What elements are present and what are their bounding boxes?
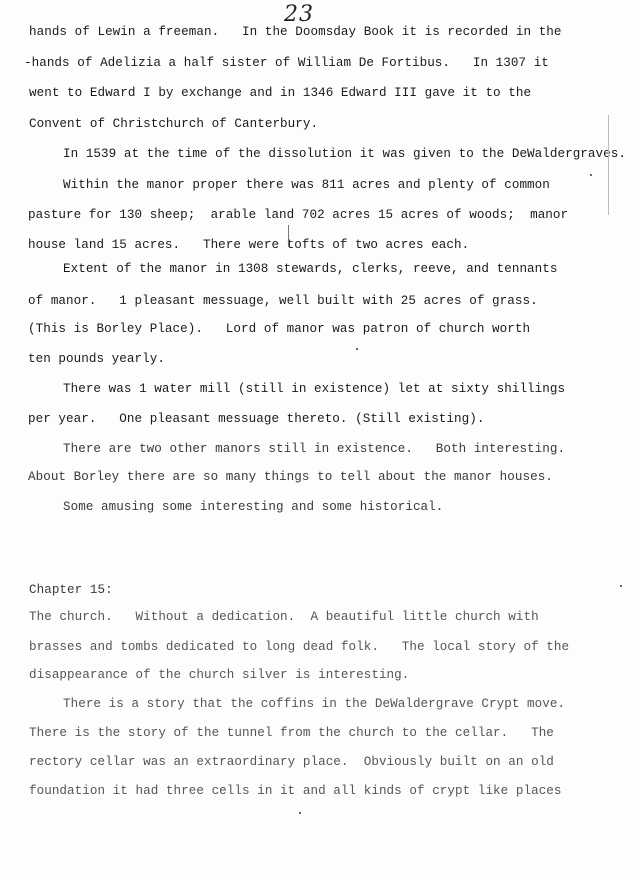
text-line: There is the story of the tunnel from th… (29, 726, 554, 740)
scan-speck (620, 585, 622, 587)
text-line: foundation it had three cells in it and … (29, 784, 562, 798)
text-line: Within the manor proper there was 811 ac… (63, 178, 550, 192)
text-line: Convent of Christchurch of Canterbury. (29, 117, 318, 131)
text-line: per year. One pleasant messuage thereto.… (28, 412, 484, 426)
chapter-heading: Chapter 15: (29, 583, 113, 597)
text-line: hands of Lewin a freeman. In the Doomsda… (29, 25, 562, 39)
text-line: Extent of the manor in 1308 stewards, cl… (63, 262, 558, 276)
text-line: rectory cellar was an extraordinary plac… (29, 755, 554, 769)
scan-speck (299, 812, 301, 814)
text-line: -hands of Adelizia a half sister of Will… (24, 56, 549, 70)
scan-speck (590, 174, 592, 176)
text-line: Some amusing some interesting and some h… (63, 500, 443, 514)
text-line: of manor. 1 pleasant messuage, well buil… (28, 294, 538, 308)
text-line: brasses and tombs dedicated to long dead… (29, 640, 569, 654)
text-line: There are two other manors still in exis… (63, 442, 565, 456)
text-line: ten pounds yearly. (28, 352, 165, 366)
text-line: There was 1 water mill (still in existen… (63, 382, 565, 396)
text-line: (This is Borley Place). Lord of manor wa… (28, 322, 530, 336)
scan-speck (356, 348, 358, 350)
document-page: 23 hands of Lewin a freeman. In the Doom… (0, 0, 640, 880)
text-line: disappearance of the church silver is in… (29, 668, 409, 682)
text-line: house land 15 acres. There were tofts of… (28, 238, 469, 252)
scan-artifact-line (288, 225, 289, 247)
scan-artifact-line (608, 115, 609, 215)
text-line: went to Edward I by exchange and in 1346… (29, 86, 531, 100)
text-line: About Borley there are so many things to… (28, 470, 553, 484)
text-line: There is a story that the coffins in the… (63, 697, 565, 711)
text-line: pasture for 130 sheep; arable land 702 a… (28, 208, 568, 222)
handwritten-page-number: 23 (284, 2, 314, 27)
text-line: The church. Without a dedication. A beau… (29, 610, 539, 624)
text-line: In 1539 at the time of the dissolution i… (63, 147, 626, 161)
